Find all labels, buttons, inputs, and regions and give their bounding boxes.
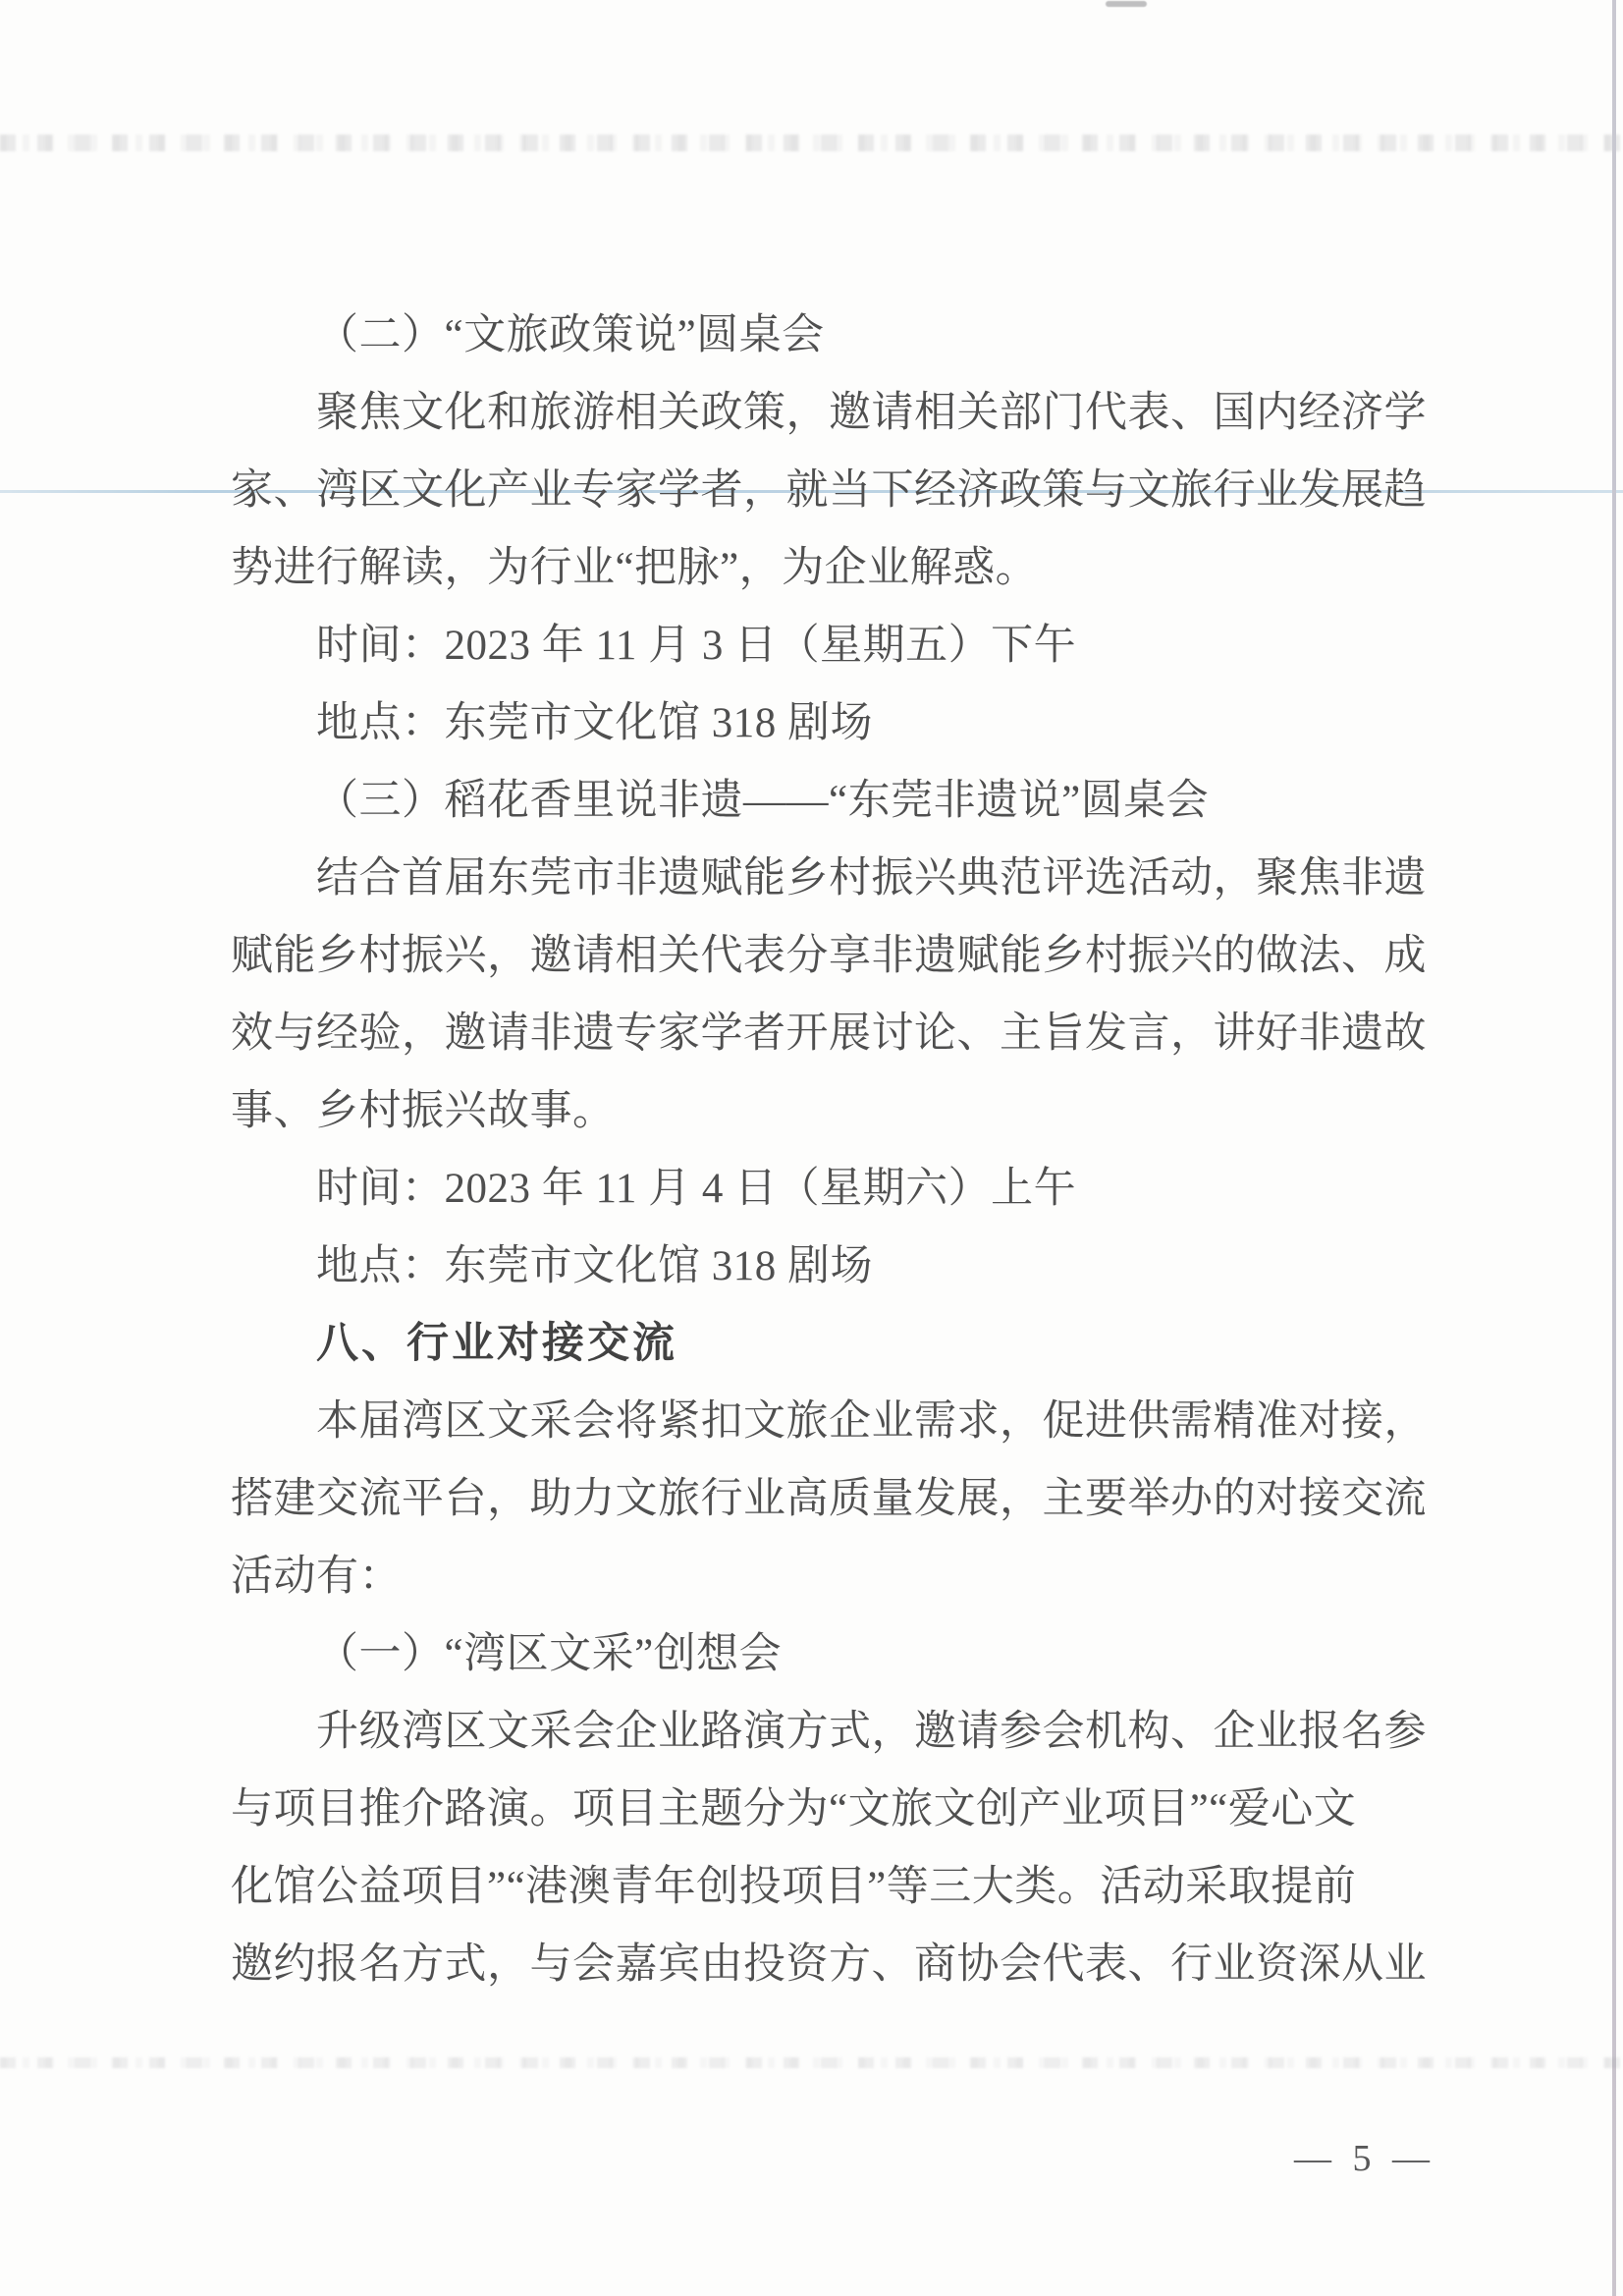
location-line: 地点：东莞市文化馆 318 剧场	[231, 684, 1443, 762]
paragraph-line: 聚焦文化和旅游相关政策，邀请相关部门代表、国内经济学	[231, 374, 1443, 452]
paragraph-line: 效与经验，邀请非遗专家学者开展讨论、主旨发言，讲好非遗故	[231, 995, 1443, 1072]
paragraph-line: 邀约报名方式，与会嘉宾由投资方、商协会代表、行业资深从业	[231, 1926, 1443, 2003]
section-heading-3-roundtable: （三）稻花香里说非遗——“东莞非遗说”圆桌会	[231, 762, 1443, 840]
paragraph-line: 化馆公益项目”“港澳青年创投项目”等三大类。活动采取提前	[231, 1848, 1443, 1926]
time-line: 时间：2023 年 11 月 3 日（星期五）下午	[231, 607, 1443, 684]
scan-artifact-edge-line	[1612, 0, 1616, 2296]
section-heading-2-roundtable: （二）“文旅政策说”圆桌会	[231, 297, 1443, 374]
page-number: — 5 —	[1294, 2129, 1435, 2188]
scan-noise-band-bottom	[0, 2057, 1623, 2068]
paragraph-line: 与项目推介路演。项目主题分为“文旅文创产业项目”“爱心文	[231, 1771, 1443, 1848]
scan-noise-band-top	[0, 135, 1623, 151]
paragraph-line: 事、乡村振兴故事。	[231, 1072, 1443, 1150]
paragraph-line: 家、湾区文化产业专家学者，就当下经济政策与文旅行业发展趋	[231, 452, 1443, 529]
paragraph-line: 升级湾区文采会企业路演方式，邀请参会机构、企业报名参	[231, 1693, 1443, 1771]
section-heading-1-ideas-meeting: （一）“湾区文采”创想会	[231, 1615, 1443, 1693]
scan-speck	[1106, 1, 1147, 7]
paragraph-line: 搭建交流平台，助力文旅行业高质量发展，主要举办的对接交流	[231, 1460, 1443, 1538]
paragraph-line: 赋能乡村振兴，邀请相关代表分享非遗赋能乡村振兴的做法、成	[231, 917, 1443, 995]
time-line: 时间：2023 年 11 月 4 日（星期六）上午	[231, 1150, 1443, 1228]
paragraph-line: 本届湾区文采会将紧扣文旅企业需求，促进供需精准对接，	[231, 1383, 1443, 1460]
document-body: （二）“文旅政策说”圆桌会 聚焦文化和旅游相关政策，邀请相关部门代表、国内经济学…	[231, 297, 1443, 2003]
paragraph-line: 势进行解读，为行业“把脉”，为企业解惑。	[231, 529, 1443, 607]
chapter-heading-8-industry-exchange: 八、行业对接交流	[231, 1305, 1443, 1383]
location-line: 地点：东莞市文化馆 318 剧场	[231, 1228, 1443, 1305]
scanned-document-page: （二）“文旅政策说”圆桌会 聚焦文化和旅游相关政策，邀请相关部门代表、国内经济学…	[0, 0, 1623, 2296]
paragraph-line: 结合首届东莞市非遗赋能乡村振兴典范评选活动，聚焦非遗	[231, 840, 1443, 917]
paragraph-line: 活动有：	[231, 1538, 1443, 1615]
